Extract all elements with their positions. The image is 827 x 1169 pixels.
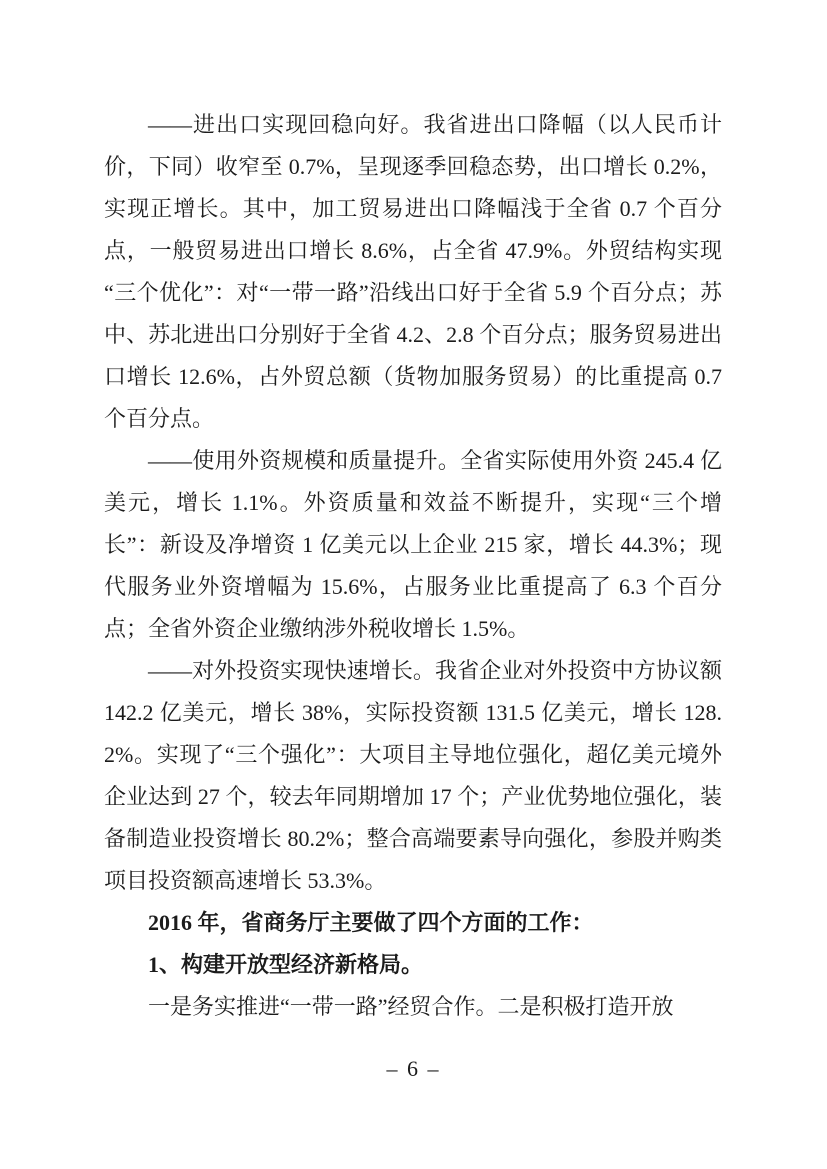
document-page: ——进出口实现回稳向好。我省进出口降幅（以人民币计价，下同）收窄至 0.7%，呈…	[0, 0, 827, 1169]
page-footer: – 6 –	[0, 1053, 827, 1085]
paragraph-foreign-capital-quality: ——使用外资规模和质量提升。全省实际使用外资 245.4 亿美元，增长 1.1%…	[104, 440, 722, 650]
heading-2016-four-aspects: 2016 年，省商务厅主要做了四个方面的工作：	[104, 902, 722, 944]
paragraph-import-export-recovery: ——进出口实现回稳向好。我省进出口降幅（以人民币计价，下同）收窄至 0.7%，呈…	[104, 104, 722, 440]
paragraph-section-1-intro: 一是务实推进“一带一路”经贸合作。二是积极打造开放	[104, 986, 722, 1028]
heading-section-1-open-economy: 1、构建开放型经济新格局。	[104, 944, 722, 986]
page-number: – 6 –	[387, 1056, 441, 1081]
paragraph-outbound-investment-growth: ——对外投资实现快速增长。我省企业对外投资中方协议额 142.2 亿美元，增长 …	[104, 650, 722, 902]
document-body: ——进出口实现回稳向好。我省进出口降幅（以人民币计价，下同）收窄至 0.7%，呈…	[104, 104, 722, 1028]
